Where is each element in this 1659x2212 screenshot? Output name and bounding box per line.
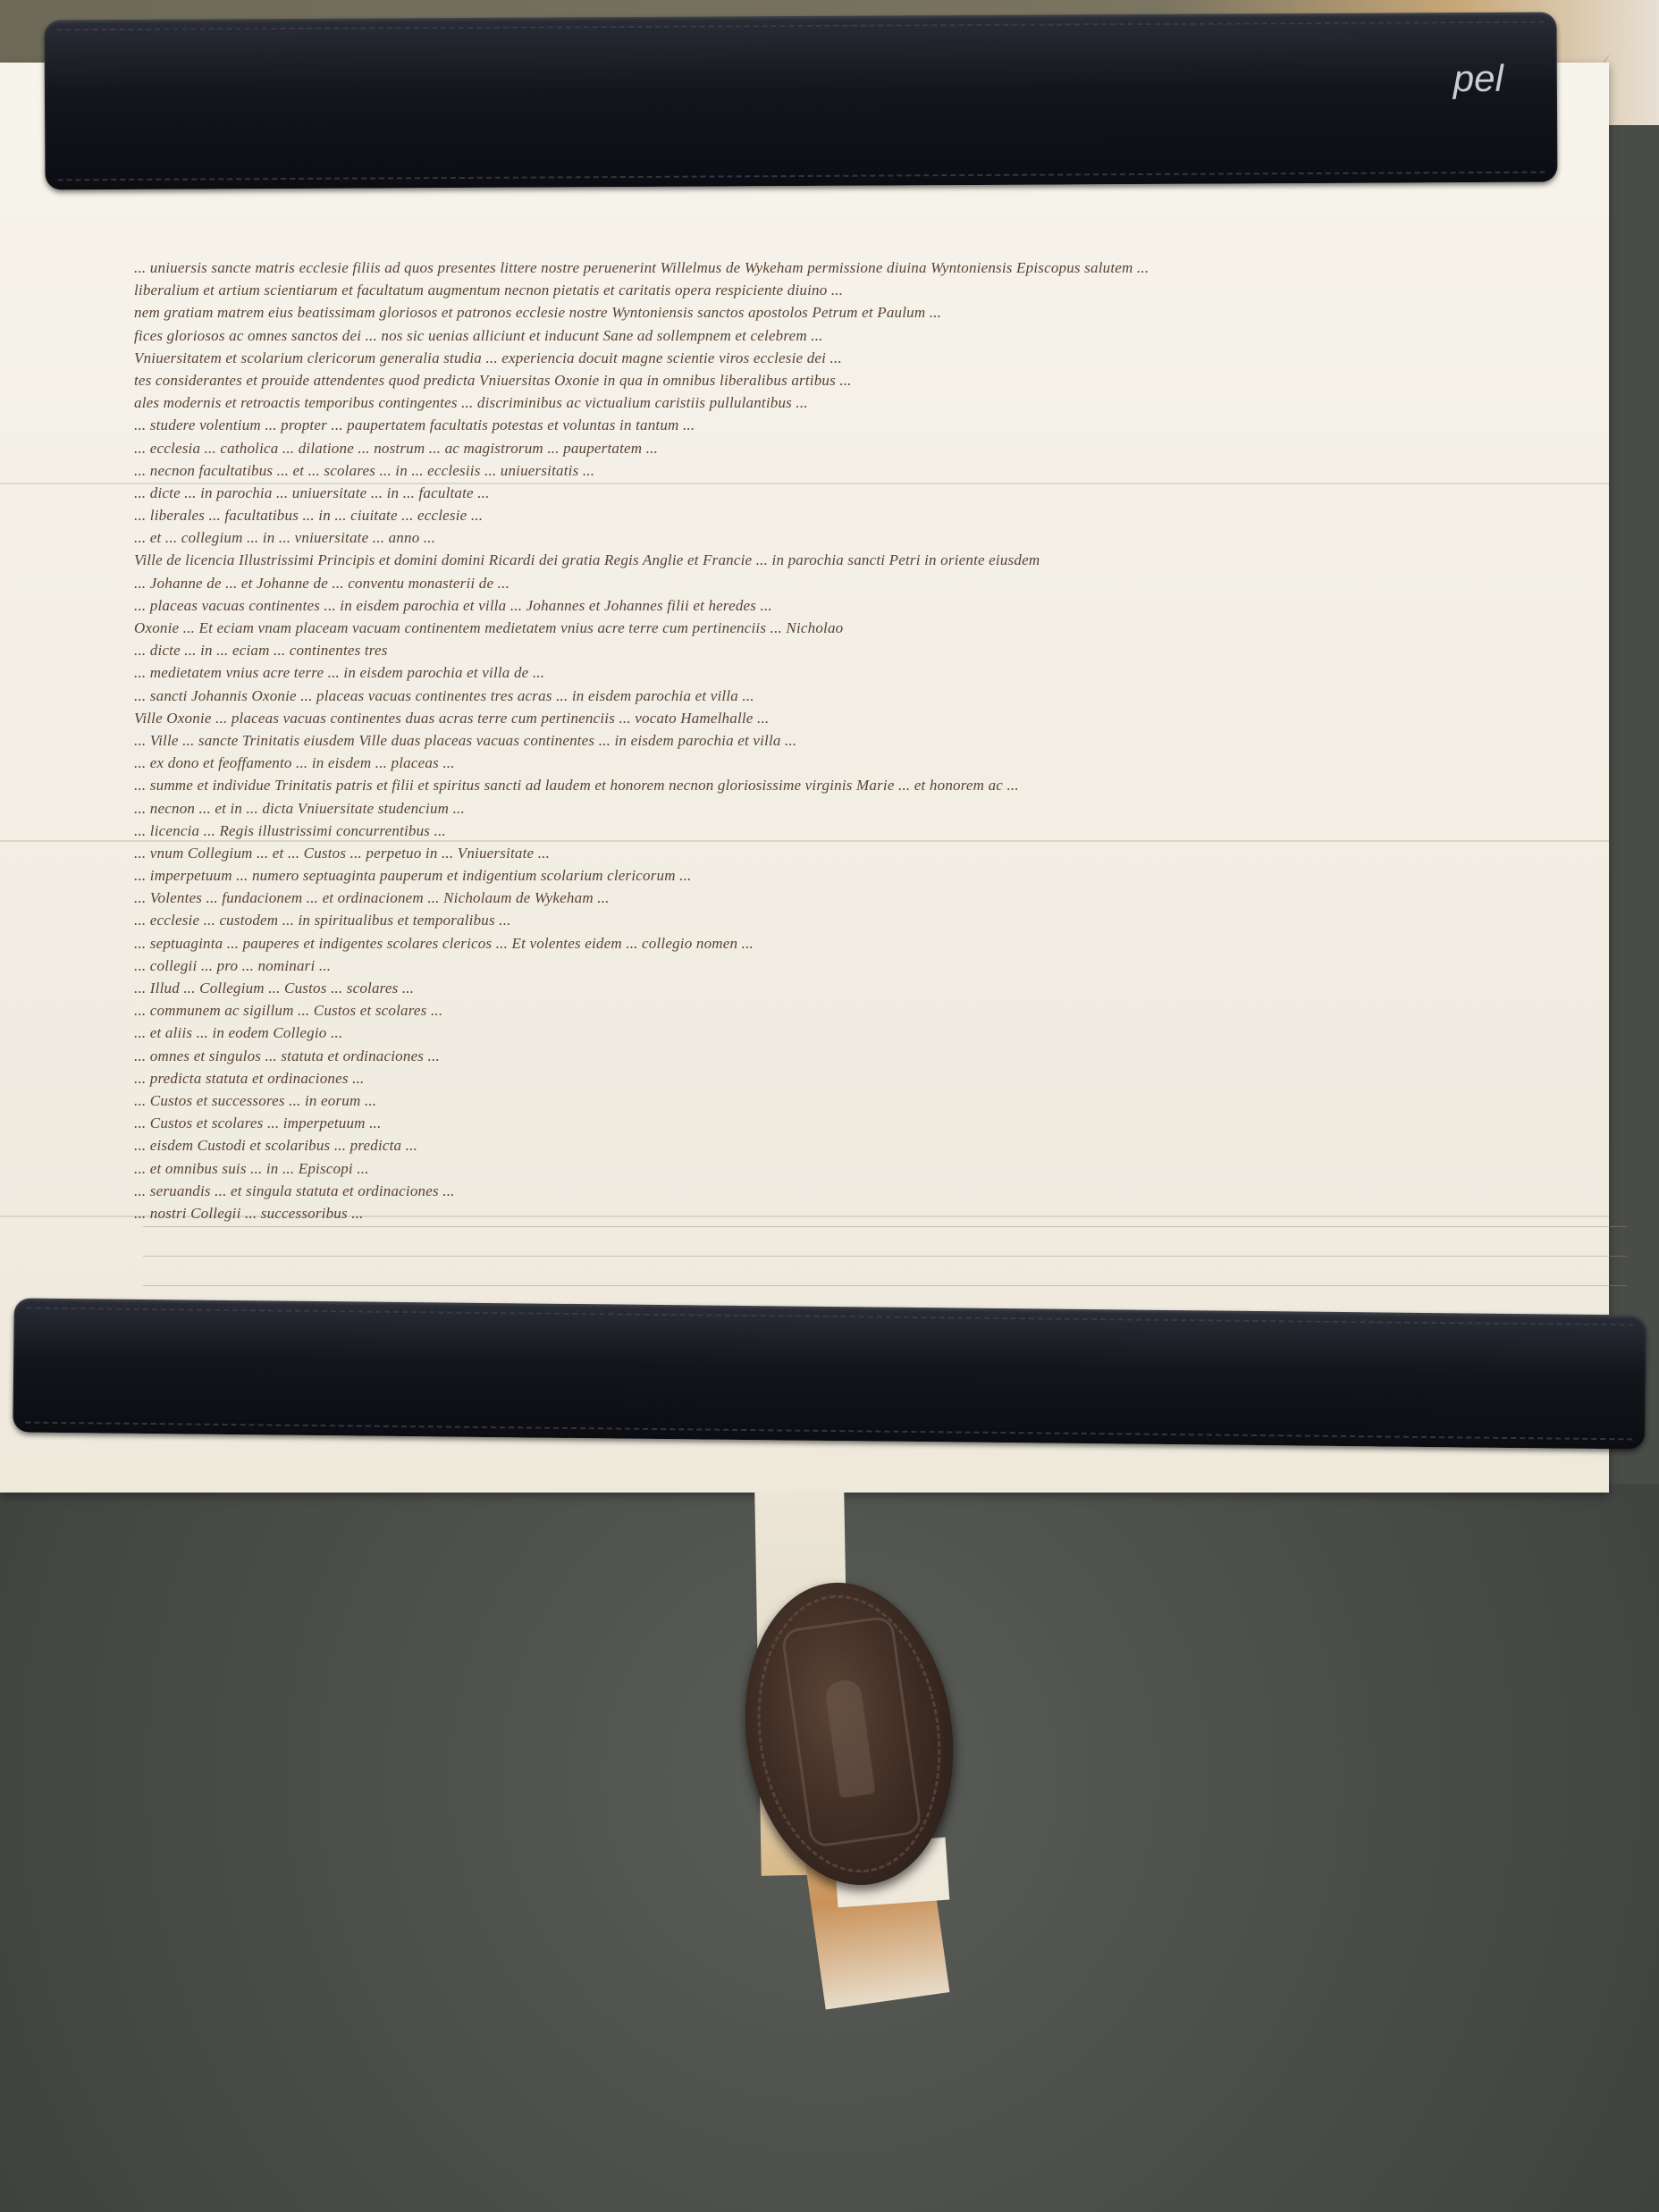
brand-label: pel bbox=[1453, 57, 1503, 100]
ruled-line bbox=[143, 1285, 1627, 1286]
ruled-line bbox=[143, 1256, 1627, 1257]
text-line: ... collegii ... pro ... nominari ... bbox=[134, 957, 1618, 980]
text-line: Oxonie ... Et eciam vnam placeam vacuam … bbox=[134, 619, 1618, 642]
text-line: ... omnes et singulos ... statuta et ord… bbox=[134, 1047, 1618, 1070]
text-line: ... ecclesie ... custodem ... in spiritu… bbox=[134, 912, 1618, 934]
leather-weight-bottom bbox=[13, 1298, 1646, 1449]
text-line: ... sancti Johannis Oxonie ... placeas v… bbox=[134, 687, 1618, 710]
text-line: ... vnum Collegium ... et ... Custos ...… bbox=[134, 845, 1618, 867]
text-line: ... uniuersis sancte matris ecclesie fil… bbox=[134, 259, 1618, 282]
text-line: ... ex dono et feoffamento ... in eisdem… bbox=[134, 754, 1618, 777]
text-line: Vniuersitatem et scolarium clericorum ge… bbox=[134, 349, 1618, 372]
text-line: liberalium et artium scientiarum et facu… bbox=[134, 282, 1618, 304]
text-line: ... et aliis ... in eodem Collegio ... bbox=[134, 1024, 1618, 1047]
text-line: ... et omnibus suis ... in ... Episcopi … bbox=[134, 1160, 1618, 1182]
text-line: ... imperpetuum ... numero septuaginta p… bbox=[134, 867, 1618, 889]
text-line: fices gloriosos ac omnes sanctos dei ...… bbox=[134, 327, 1618, 349]
text-line: ... septuaginta ... pauperes et indigent… bbox=[134, 935, 1618, 957]
charter-text: ... uniuersis sancte matris ecclesie fil… bbox=[134, 259, 1618, 1224]
text-line: nem gratiam matrem eius beatissimam glor… bbox=[134, 304, 1618, 326]
text-line: ... liberales ... facultatibus ... in ..… bbox=[134, 507, 1618, 529]
text-line: ... Volentes ... fundacionem ... et ordi… bbox=[134, 889, 1618, 912]
stitching bbox=[57, 172, 1545, 181]
text-line: ... communem ac sigillum ... Custos et s… bbox=[134, 1002, 1618, 1024]
text-line: ... dicte ... in ... eciam ... continent… bbox=[134, 642, 1618, 664]
text-line: ... seruandis ... et singula statuta et … bbox=[134, 1182, 1618, 1205]
stitching bbox=[57, 21, 1545, 31]
text-line: ... dicte ... in parochia ... uniuersita… bbox=[134, 484, 1618, 507]
text-line: ... Custos et scolares ... imperpetuum .… bbox=[134, 1114, 1618, 1137]
text-line: ... Ville ... sancte Trinitatis eiusdem … bbox=[134, 732, 1618, 754]
text-line: tes considerantes et prouide attendentes… bbox=[134, 372, 1618, 394]
text-line: ... licencia ... Regis illustrissimi con… bbox=[134, 822, 1618, 845]
text-line: ... studere volentium ... propter ... pa… bbox=[134, 416, 1618, 439]
text-line: ... ecclesia ... catholica ... dilatione… bbox=[134, 440, 1618, 462]
ruled-line bbox=[143, 1226, 1627, 1227]
text-line: ... Custos et successores ... in eorum .… bbox=[134, 1092, 1618, 1114]
text-line: ... Illud ... Collegium ... Custos ... s… bbox=[134, 980, 1618, 1002]
text-line: ... et ... collegium ... in ... vniuersi… bbox=[134, 529, 1618, 551]
text-line: ... summe et individue Trinitatis patris… bbox=[134, 777, 1618, 799]
text-line: ... eisdem Custodi et scolaribus ... pre… bbox=[134, 1137, 1618, 1159]
text-line: ... predicta statuta et ordinaciones ... bbox=[134, 1070, 1618, 1092]
text-line: ... necnon facultatibus ... et ... scola… bbox=[134, 462, 1618, 484]
text-line: ... medietatem vnius acre terre ... in e… bbox=[134, 664, 1618, 686]
text-line: Ville Oxonie ... placeas vacuas continen… bbox=[134, 710, 1618, 732]
text-line: ... necnon ... et in ... dicta Vniuersit… bbox=[134, 800, 1618, 822]
text-line: ... nostri Collegii ... successoribus ..… bbox=[134, 1205, 1618, 1224]
text-line: ales modernis et retroactis temporibus c… bbox=[134, 394, 1618, 416]
text-line: ... Johanne de ... et Johanne de ... con… bbox=[134, 575, 1618, 597]
text-line: ... placeas vacuas continentes ... in ei… bbox=[134, 597, 1618, 619]
leather-weight-top: pel bbox=[45, 13, 1558, 190]
text-line: Ville de licencia Illustrissimi Principi… bbox=[134, 551, 1618, 574]
